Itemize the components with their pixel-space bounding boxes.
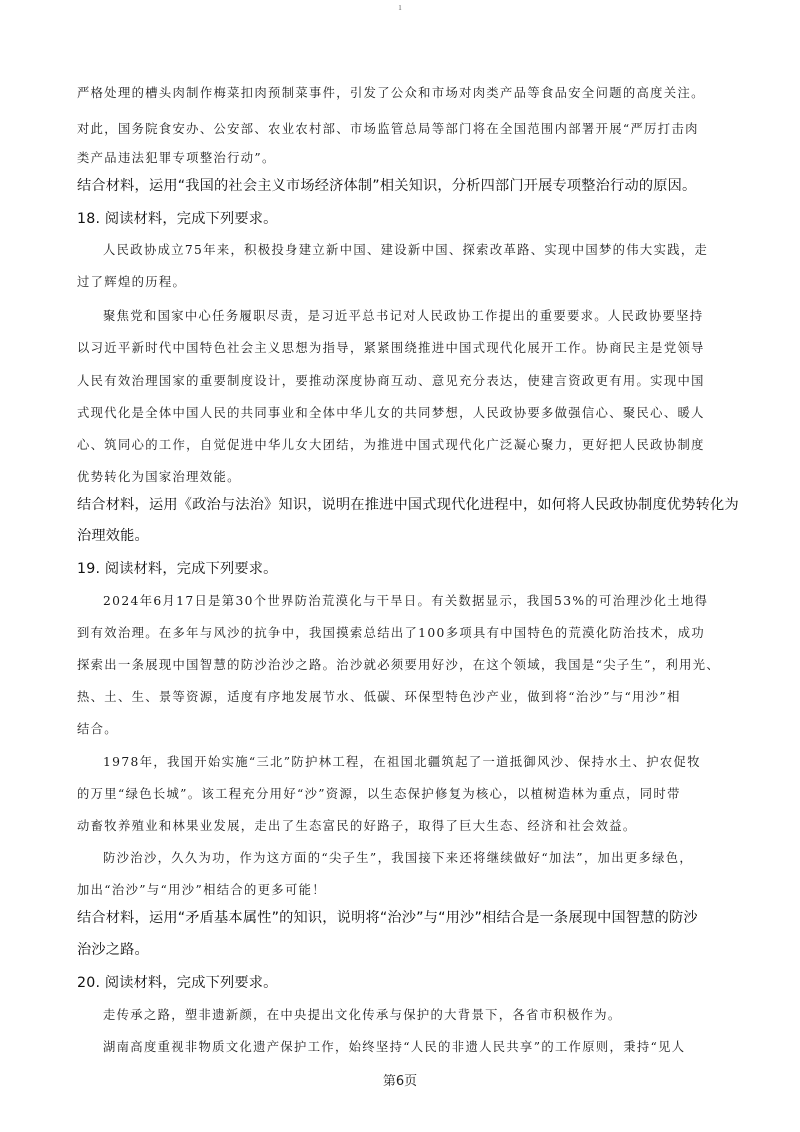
q19-material-line: 1978年，我国开始实施“三北”防护林工程，在祖国北疆筑起了一道抵御风沙、保持水… bbox=[103, 752, 701, 770]
q19-material-line: 2024年6月17日是第30个世界防治荒漠化与干旱日。有关数据显示，我国53%的… bbox=[103, 591, 708, 609]
q17-material-line: 类产品违法犯罪专项整治行动”。 bbox=[77, 148, 276, 166]
q18-material-line: 优势转化为国家治理效能。 bbox=[77, 467, 241, 485]
q17-question: 结合材料，运用“我国的社会主义市场经济体制”相关知识，分析四部门开展专项整治行动… bbox=[77, 175, 696, 195]
q19-material-line: 加出“治沙”与“用沙”相结合的更多可能！ bbox=[77, 880, 326, 898]
q20-heading: 20. 阅读材料，完成下列要求。 bbox=[77, 972, 278, 992]
q17-material-line: 对此，国务院食安办、公安部、农业农村部、市场监管总局等部门将在全国范围内部署开展… bbox=[77, 119, 699, 137]
q17-material-line: 严格处理的槽头肉制作梅菜扣肉预制菜事件，引发了公众和市场对肉类产品等食品安全问题… bbox=[77, 83, 705, 101]
q20-material-line: 走传承之路，塑非遗新颜，在中央提出文化传承与保护的大背景下，各省市积极作为。 bbox=[103, 1005, 622, 1023]
q19-heading: 19. 阅读材料，完成下列要求。 bbox=[77, 558, 278, 578]
q19-material-line: 防沙治沙，久久为功，作为这方面的“尖子生”，我国接下来还将继续做好“加法”，加出… bbox=[103, 848, 693, 866]
q18-question: 结合材料，运用《政治与法治》知识，说明在推进中国式现代化进程中，如何将人民政协制… bbox=[77, 494, 739, 514]
q19-material-line: 热、土、生、景等资源，适度有序地发展节水、低碳、环保型特色沙产业，做到将“治沙”… bbox=[77, 687, 681, 705]
q18-material-line: 人民有效治理国家的重要制度设计，要推动深度协商互动、意见充分表达，使建言资政更有… bbox=[77, 371, 705, 389]
q18-heading: 18. 阅读材料，完成下列要求。 bbox=[77, 208, 278, 228]
q18-material-line: 聚焦党和国家中心任务履职尽责，是习近平总书记对人民政协工作提出的重要要求。人民政… bbox=[103, 306, 703, 324]
q19-material-line: 结合。 bbox=[77, 719, 118, 737]
q19-question: 治沙之路。 bbox=[77, 939, 149, 959]
q18-question: 治理效能。 bbox=[77, 525, 149, 545]
q18-material-line: 人民政协成立75年来，积极投身建立新中国、建设新中国、探索改革路、实现中国梦的伟… bbox=[103, 240, 708, 258]
q18-material-line: 以习近平新时代中国特色社会主义思想为指导，紧紧围绕推进中国式现代化展开工作。协商… bbox=[77, 338, 705, 356]
q19-material-line: 的万里“绿色长城”。该工程充分用好“沙”资源，以生态保护修复为核心，以植树造林为… bbox=[77, 784, 681, 802]
q18-material-line: 过了辉煌的历程。 bbox=[77, 272, 186, 290]
q19-material-line: 到有效治理。在多年与风沙的抗争中，我国摸索总结出了100多项具有中国特色的荒漠化… bbox=[77, 623, 705, 641]
page-header-mark: 1 bbox=[0, 4, 800, 12]
q19-material-line: 探索出一条展现中国智慧的防沙治沙之路。治沙就必须要用好沙，在这个领域，我国是“尖… bbox=[77, 655, 720, 673]
q18-material-line: 式现代化是全体中国人民的共同事业和全体中华儿女的共同梦想，人民政协要多做强信心、… bbox=[77, 403, 705, 421]
page-number: 第6页 bbox=[0, 1070, 800, 1089]
q19-question: 结合材料，运用“矛盾基本属性”的知识，说明将“治沙”与“用沙”相结合是一条展现中… bbox=[77, 907, 698, 927]
q20-material-line: 湖南高度重视非物质文化遗产保护工作，始终坚持“人民的非遗人民共享”的工作原则，秉… bbox=[103, 1037, 685, 1055]
q18-material-line: 心、筑同心的工作，自觉促进中华儿女大团结，为推进中国式现代化广泛凝心聚力，更好把… bbox=[77, 435, 705, 453]
q19-material-line: 动畜牧养殖业和林果业发展，走出了生态富民的好路子，取得了巨大生态、经济和社会效益… bbox=[77, 816, 637, 834]
